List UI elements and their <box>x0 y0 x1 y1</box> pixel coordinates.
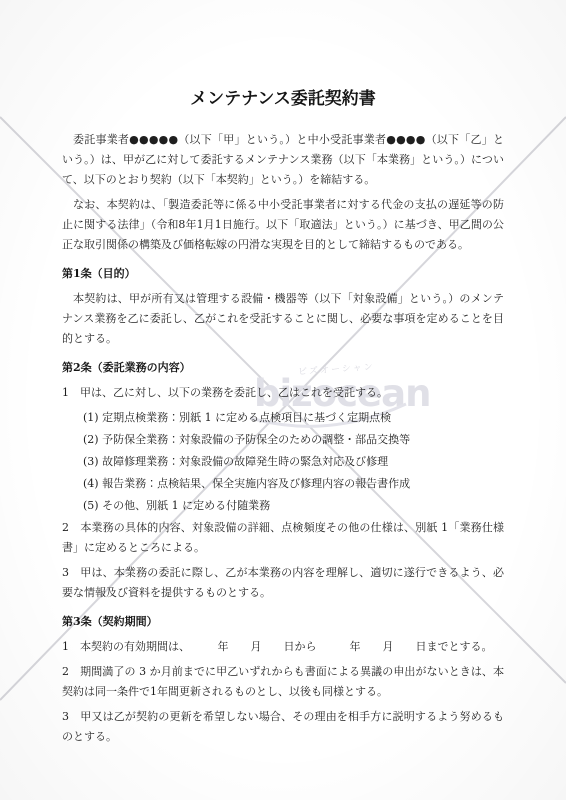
work-item-4: (4) 報告業務：点検結果、保全実施内容及び修理内容の報告書作成 <box>62 474 504 494</box>
article-2-clause-3: 3 甲は、本業務の委託に際し、乙が本業務の内容を理解し、適切に遂行できるよう、必… <box>62 563 504 603</box>
work-item-2: (2) 予防保全業務：対象設備の予防保全のための調整・部品交換等 <box>62 430 504 450</box>
document-title: メンテナンス委託契約書 <box>62 88 504 110</box>
article-3-clause-3: 3 甲又は乙が契約の更新を希望しない場合、その理由を相手方に説明するよう努めるも… <box>62 707 504 747</box>
article-3-clause-2: 2 期間満了の 3 か月前までに甲乙いずれからも書面による異議の申出がないときは… <box>62 662 504 702</box>
document-page: ビズオーシャン bizocean メンテナンス委託契約書 委託事業者●●●●●（… <box>0 0 566 800</box>
article-2-heading: 第2条（委託業務の内容） <box>62 358 504 378</box>
work-item-3: (3) 故障修理業務：対象設備の故障発生時の緊急対応及び修理 <box>62 452 504 472</box>
intro-paragraph-2: なお、本契約は、「製造委託等に係る中小受託事業者に対する代金の支払の遅延等の防止… <box>62 195 504 255</box>
work-item-5: (5) その他、別紙 1 に定める付随業務 <box>62 496 504 516</box>
article-3-heading: 第3条（契約期間） <box>62 612 504 632</box>
article-2-clause-1: 1 甲は、乙に対し、以下の業務を委託し、乙はこれを受託する。 <box>62 383 504 403</box>
article-2-clause-2: 2 本業務の具体的内容、対象設備の詳細、点検頻度その他の仕様は、別紙 1「業務仕… <box>62 518 504 558</box>
article-3-clause-1: 1 本契約の有効期間は、 年 月 日から 年 月 日までとする。 <box>62 637 504 657</box>
intro-paragraph-1: 委託事業者●●●●●（以下「甲」という。）と中小受託事業者●●●●（以下「乙」と… <box>62 130 504 190</box>
article-1-text: 本契約は、甲が所有又は管理する設備・機器等（以下「対象設備」という。）のメンテナ… <box>62 289 504 349</box>
work-item-1: (1) 定期点検業務：別紙 1 に定める点検項目に基づく定期点検 <box>62 408 504 428</box>
document-content: メンテナンス委託契約書 委託事業者●●●●●（以下「甲」という。）と中小受託事業… <box>62 88 504 752</box>
article-1-heading: 第1条（目的） <box>62 264 504 284</box>
